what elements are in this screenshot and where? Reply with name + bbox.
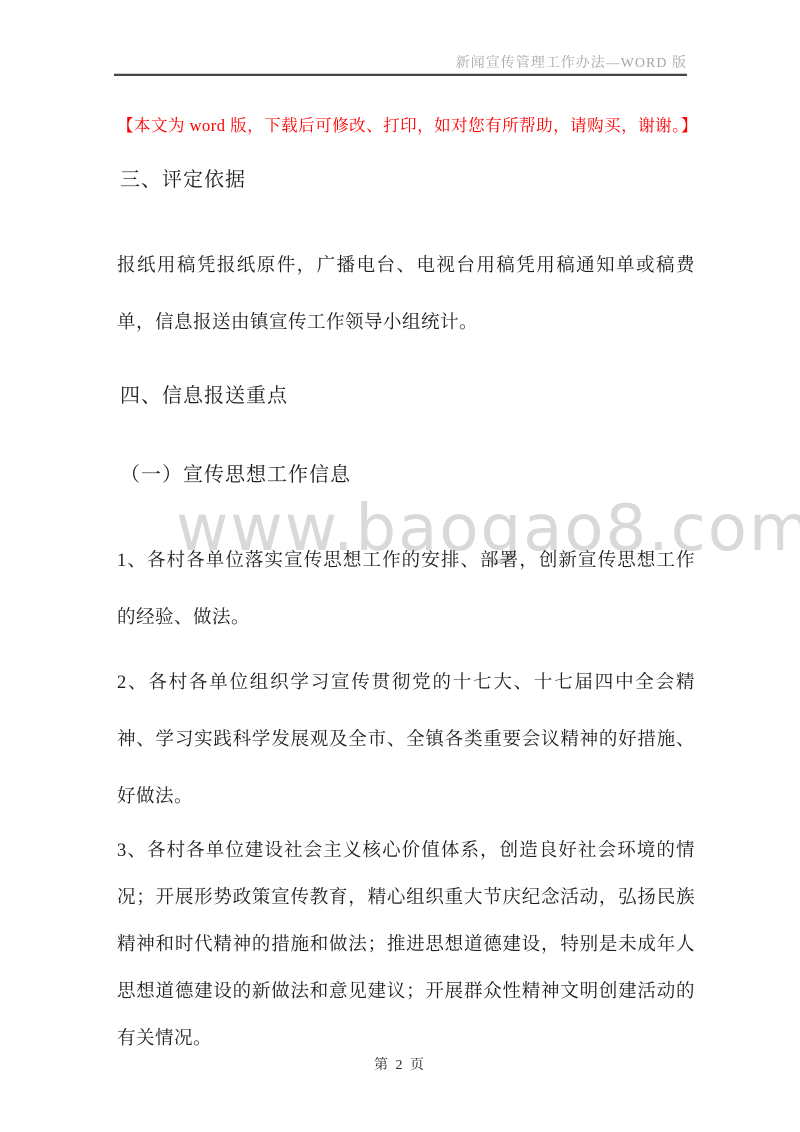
header-rule xyxy=(114,73,687,76)
list-item-2: 2、各村各单位组织学习宣传贯彻党的十七大、十七届四中全会精神、学习实践科学发展观… xyxy=(117,655,695,826)
section-heading-three: 三、评定依据 xyxy=(120,164,246,196)
list-item-1: 1、各村各单位落实宣传思想工作的安排、部署，创新宣传思想工作的经验、做法。 xyxy=(117,533,695,647)
list-item-3: 3、各村各单位建设社会主义核心价值体系，创造良好社会环境的情况；开展形势政策宣传… xyxy=(117,828,695,1063)
document-page: 新闻宣传管理工作办法—WORD 版 www.baogao8.com 【本文为 w… xyxy=(0,0,800,1132)
header-doc-title: 新闻宣传管理工作办法—WORD 版 xyxy=(456,52,687,72)
section-heading-four: 四、信息报送重点 xyxy=(120,380,288,412)
subsection-heading-one: （一）宣传思想工作信息 xyxy=(120,459,351,491)
paragraph-evaluation-basis: 报纸用稿凭报纸原件，广播电台、电视台用稿凭用稿通知单或稿费单，信息报送由镇宣传工… xyxy=(117,238,695,352)
purchase-notice: 【本文为 word 版，下载后可修改、打印，如对您有所帮助，请购买，谢谢。】 xyxy=(117,112,698,140)
